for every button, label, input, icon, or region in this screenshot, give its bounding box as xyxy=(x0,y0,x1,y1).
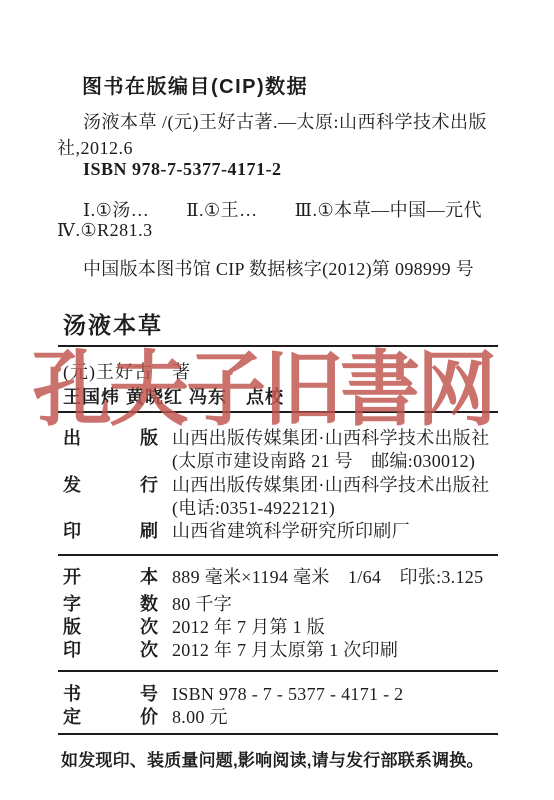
cip-isbn: ISBN 978-7-5377-4171-2 xyxy=(83,159,282,180)
row-content: 2012 年 7 月第 1 版 xyxy=(172,616,325,639)
divider-rule xyxy=(58,554,498,556)
row-label: 开本 xyxy=(63,566,158,589)
colophon-row-wordcount: 字数 80 千字 xyxy=(63,593,232,616)
row-label: 书号 xyxy=(63,683,158,706)
book-copyright-page: 图书在版编目(CIP)数据 汤液本草 /(元)王好古著.—太原:山西科学技术出版… xyxy=(0,0,554,800)
cip-entry-line-1: 汤液本草 /(元)王好古著.—太原:山西科学技术出版 xyxy=(83,108,487,134)
row-label: 定价 xyxy=(63,706,158,729)
row-label: 出版 xyxy=(63,427,158,450)
row-label: 字数 xyxy=(63,593,158,616)
row-content: 889 毫米×1194 毫米 1/64 印张:3.125 xyxy=(172,566,483,589)
cip-classification-line-2: Ⅳ.①R281.3 xyxy=(57,220,153,241)
divider-rule xyxy=(58,733,498,735)
cip-heading: 图书在版编目(CIP)数据 xyxy=(82,70,308,99)
row-content: 山西出版传媒集团·山西科学技术出版社 (电话:0351-4922121) xyxy=(172,474,489,520)
colophon-row-book-number: 书号 ISBN 978 - 7 - 5377 - 4171 - 2 xyxy=(63,683,404,706)
colophon-row-impression: 印次 2012 年 7 月太原第 1 次印刷 xyxy=(63,639,398,662)
colophon-row-price: 定价 8.00 元 xyxy=(63,706,228,729)
colophon-row-distributor: 发行 山西出版传媒集团·山西科学技术出版社 (电话:0351-4922121) xyxy=(63,474,489,520)
row-content: 2012 年 7 月太原第 1 次印刷 xyxy=(172,639,398,662)
row-label: 印次 xyxy=(63,639,158,662)
cip-classification-line-1: Ⅰ.①汤… Ⅱ.①王… Ⅲ.①本草—中国—元代 xyxy=(83,196,482,222)
row-content: 8.00 元 xyxy=(172,706,228,729)
row-content: 山西省建筑科学研究所印刷厂 xyxy=(172,520,410,543)
row-content: ISBN 978 - 7 - 5377 - 4171 - 2 xyxy=(172,683,404,706)
author-line: (元)王好古 著 xyxy=(63,358,191,384)
row-label: 版次 xyxy=(63,616,158,639)
divider-rule xyxy=(58,345,498,347)
quality-notice: 如发现印、装质量问题,影响阅读,请与发行部联系调换。 xyxy=(61,746,484,771)
divider-rule xyxy=(58,670,498,672)
row-content: 山西出版传媒集团·山西科学技术出版社 (太原市建设南路 21 号 邮编:0300… xyxy=(172,427,489,473)
row-label: 印刷 xyxy=(63,520,158,543)
colophon-row-format: 开本 889 毫米×1194 毫米 1/64 印张:3.125 xyxy=(63,566,483,589)
cip-record-number: 中国版本图书馆 CIP 数据核字(2012)第 098999 号 xyxy=(83,255,474,281)
colophon-row-publisher: 出版 山西出版传媒集团·山西科学技术出版社 (太原市建设南路 21 号 邮编:0… xyxy=(63,427,489,473)
divider-rule xyxy=(58,411,498,413)
colophon-row-printer: 印刷 山西省建筑科学研究所印刷厂 xyxy=(63,520,410,543)
cip-entry-line-2: 社,2012.6 xyxy=(57,134,133,160)
book-title: 汤液本草 xyxy=(63,307,163,340)
colophon-row-edition: 版次 2012 年 7 月第 1 版 xyxy=(63,616,325,639)
editors-line: 王国炜 黄晓红 冯东 点校 xyxy=(63,383,284,409)
row-content: 80 千字 xyxy=(172,593,232,616)
row-label: 发行 xyxy=(63,474,158,497)
